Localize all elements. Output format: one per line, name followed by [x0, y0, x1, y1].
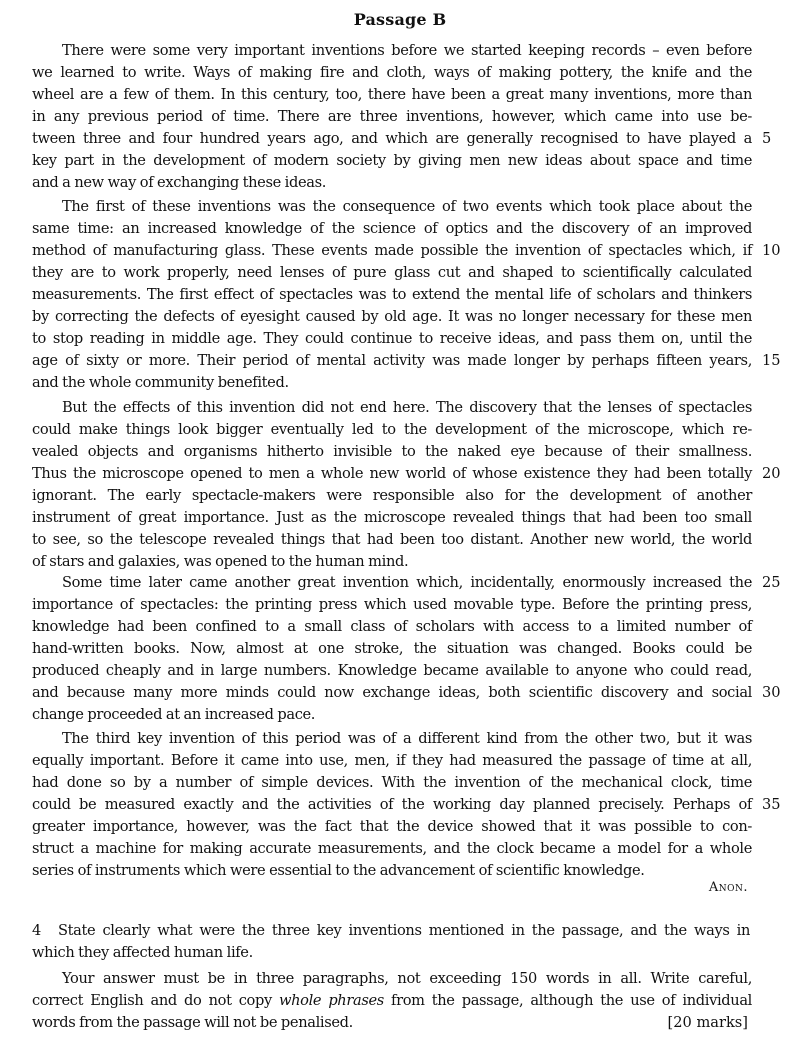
text-line: But the effects of this invention did no… [62, 397, 752, 419]
text-line: in any previous period of time. There ar… [32, 106, 752, 128]
text-line: they are to work properly, need lenses o… [32, 262, 752, 284]
text-line: and a new way of exchanging these ideas. [32, 172, 752, 194]
text-line: hand-written books. Now, almost at one s… [32, 638, 752, 660]
text-line: knowledge had been confined to a small c… [32, 616, 752, 638]
question-line: which they affected human life. [32, 942, 752, 964]
instruction-text: correct English and do not copy [32, 992, 279, 1009]
text-line: to see, so the telescope revealed things… [32, 529, 752, 551]
text-line: change proceeded at an increased pace. [32, 704, 752, 726]
text-line: produced cheaply and in large numbers. K… [32, 660, 752, 682]
line-number: 35 [762, 794, 792, 816]
text-line: greater importance, however, was the fac… [32, 816, 752, 838]
text-line: equally important. Before it came into u… [32, 750, 752, 772]
text-line: tween three and four hundred years ago, … [32, 128, 752, 150]
attribution: Anon. [709, 880, 748, 895]
passage-title: Passage B [0, 10, 800, 29]
instruction-line: Your answer must be in three paragraphs,… [62, 968, 752, 990]
text-line: Thus the microscope opened to men a whol… [32, 463, 752, 485]
line-number: 15 [762, 350, 792, 372]
question-number: 4 [32, 920, 60, 942]
text-line: importance of spectacles: the printing p… [32, 594, 752, 616]
text-line: Some time later came another great inven… [62, 572, 752, 594]
text-line: we learned to write. Ways of making fire… [32, 62, 752, 84]
text-line: key part in the development of modern so… [32, 150, 752, 172]
text-line: age of sixty or more. Their period of me… [32, 350, 752, 372]
emphasised-phrase: whole phrases [279, 992, 384, 1009]
text-line: wheel are a few of them. In this century… [32, 84, 752, 106]
text-line: to stop reading in middle age. They coul… [32, 328, 752, 350]
text-line: instrument of great importance. Just as … [32, 507, 752, 529]
text-line: by correcting the defects of eyesight ca… [32, 306, 752, 328]
text-line: vealed objects and organisms hitherto in… [32, 441, 752, 463]
text-line: could be measured exactly and the activi… [32, 794, 752, 816]
text-line: ignorant. The early spectacle-makers wer… [32, 485, 752, 507]
instruction-line: words from the passage will not be penal… [32, 1012, 752, 1034]
text-line: could make things look bigger eventually… [32, 419, 752, 441]
line-number: 20 [762, 463, 792, 485]
question-line: State clearly what were the three key in… [58, 920, 750, 942]
marks-label: [20 marks] [668, 1012, 748, 1034]
line-number: 30 [762, 682, 792, 704]
line-number: 25 [762, 572, 792, 594]
text-line: struct a machine for making accurate mea… [32, 838, 752, 860]
line-number: 10 [762, 240, 792, 262]
text-line: method of manufacturing glass. These eve… [32, 240, 752, 262]
text-line: There were some very important invention… [62, 40, 752, 62]
text-line: and the whole community benefited. [32, 372, 752, 394]
text-line: of stars and galaxies, was opened to the… [32, 551, 752, 573]
text-line: The third key invention of this period w… [62, 728, 752, 750]
text-line: measurements. The first effect of specta… [32, 284, 752, 306]
text-line: same time: an increased knowledge of the… [32, 218, 752, 240]
instruction-line: correct English and do not copy whole ph… [32, 990, 752, 1012]
instruction-text: from the passage, although the use of in… [384, 992, 752, 1009]
line-number: 5 [762, 128, 792, 150]
text-line: The first of these inventions was the co… [62, 196, 752, 218]
text-line: series of instruments which were essenti… [32, 860, 752, 882]
text-line: had done so by a number of simple device… [32, 772, 752, 794]
text-line: and because many more minds could now ex… [32, 682, 752, 704]
